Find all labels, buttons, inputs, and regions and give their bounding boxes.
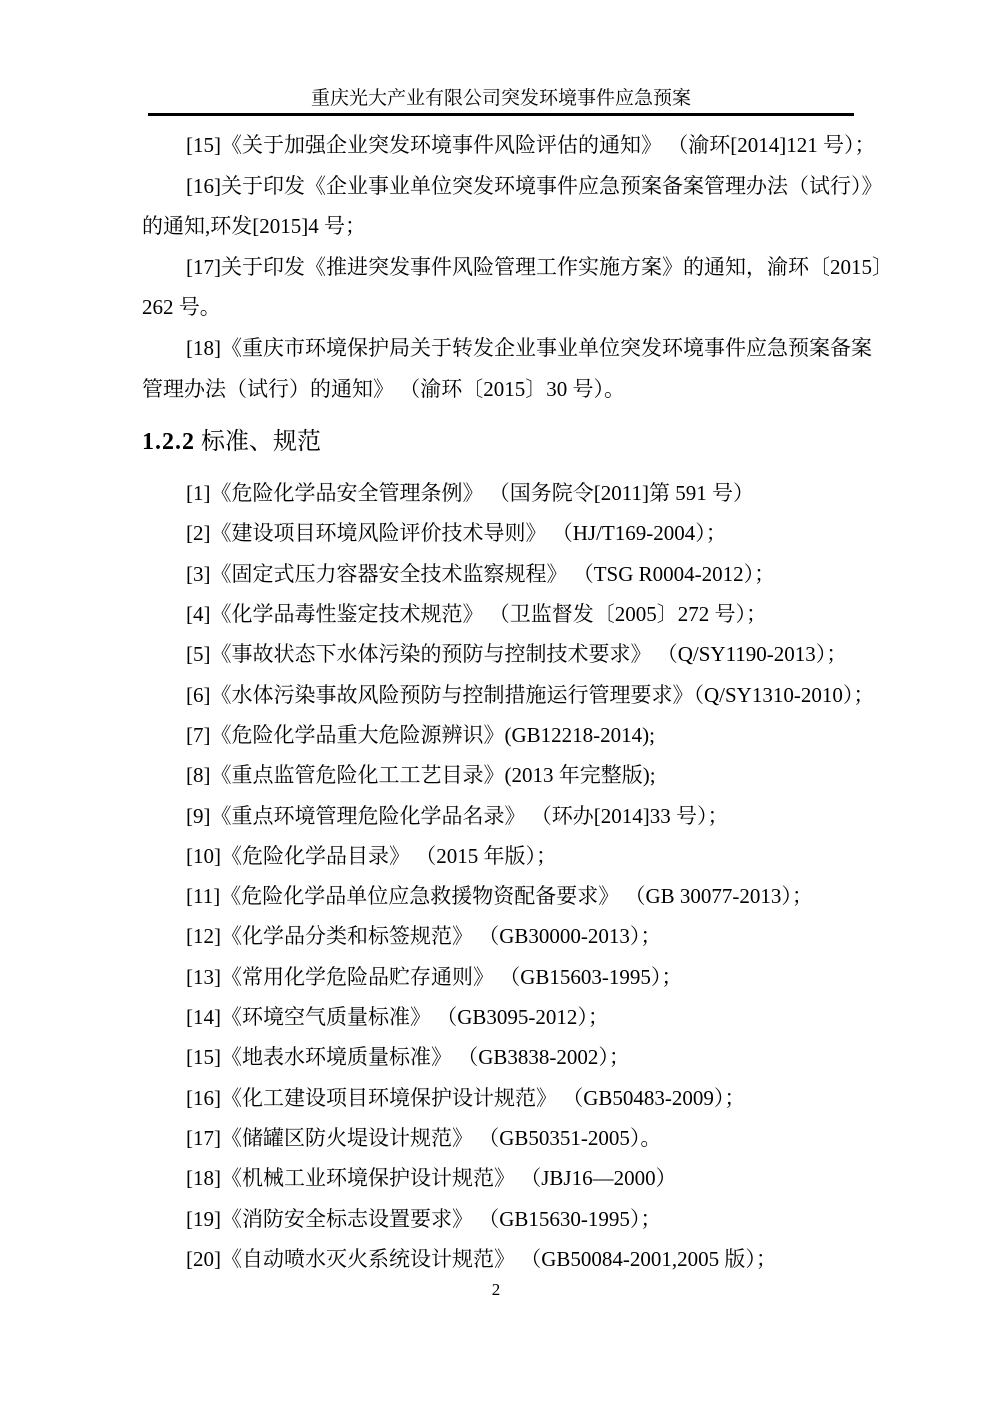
section-title: 标准、规范 bbox=[201, 429, 321, 455]
section-heading: 1.2.2 标准、规范 bbox=[142, 419, 854, 465]
reference-item: [4]《化学品毒性鉴定技术规范》 （卫监督发〔2005〕272 号）； bbox=[142, 594, 854, 634]
reference-item: [9]《重点环境管理危险化学品名录》 （环办[2014]33 号）； bbox=[142, 796, 854, 836]
page-number: 2 bbox=[0, 1280, 992, 1300]
reference-item: [6]《水体污染事故风险预防与控制措施运行管理要求》（Q/SY1310-2010… bbox=[142, 675, 854, 715]
paragraph-line: [16]关于印发《企业事业单位突发环境事件应急预案备案管理办法（试行）》 bbox=[142, 166, 854, 207]
reference-item: [16]《化工建设项目环境保护设计规范》 （GB50483-2009）； bbox=[142, 1078, 854, 1118]
reference-item: [12]《化学品分类和标签规范》 （GB30000-2013）； bbox=[142, 916, 854, 956]
reference-item: [13]《常用化学危险品贮存通则》 （GB15603-1995）； bbox=[142, 957, 854, 997]
reference-item: [7]《危险化学品重大危险源辨识》(GB12218-2014); bbox=[142, 715, 854, 755]
paragraph-line: 262 号。 bbox=[142, 287, 854, 328]
paragraph-line: [17]关于印发《推进突发事件风险管理工作实施方案》的通知，渝环〔2015〕 bbox=[142, 247, 854, 288]
document-page: 重庆光大产业有限公司突发环境事件应急预案 [15]《关于加强企业突发环境事件风险… bbox=[0, 0, 992, 1403]
reference-item: [14]《环境空气质量标准》 （GB3095-2012）； bbox=[142, 997, 854, 1037]
document-content: [15]《关于加强企业突发环境事件风险评估的通知》 （渝环[2014]121 号… bbox=[142, 125, 854, 1279]
reference-item: [17]《储罐区防火堤设计规范》 （GB50351-2005）。 bbox=[142, 1118, 854, 1158]
reference-item: [8]《重点监管危险化工工艺目录》(2013 年完整版); bbox=[142, 755, 854, 795]
paragraph-line: 的通知,环发[2015]4 号； bbox=[142, 206, 854, 247]
paragraph-line: [18]《重庆市环境保护局关于转发企业事业单位突发环境事件应急预案备案 bbox=[142, 328, 854, 369]
paragraph-line: [15]《关于加强企业突发环境事件风险评估的通知》 （渝环[2014]121 号… bbox=[142, 125, 854, 166]
reference-item: [2]《建设项目环境风险评价技术导则》 （HJ/T169-2004）； bbox=[142, 513, 854, 553]
reference-item: [5]《事故状态下水体污染的预防与控制技术要求》 （Q/SY1190-2013）… bbox=[142, 634, 854, 674]
reference-item: [1]《危险化学品安全管理条例》 （国务院令[2011]第 591 号） bbox=[142, 473, 854, 513]
reference-item: [18]《机械工业环境保护设计规范》 （JBJ16—2000） bbox=[142, 1158, 854, 1198]
intro-paragraphs: [15]《关于加强企业突发环境事件风险评估的通知》 （渝环[2014]121 号… bbox=[142, 125, 854, 409]
section-number: 1.2.2 bbox=[142, 429, 195, 455]
paragraph-line: 管理办法（试行）的通知》 （渝环〔2015〕30 号）。 bbox=[142, 369, 854, 410]
reference-item: [11]《危险化学品单位应急救援物资配备要求》 （GB 30077-2013）； bbox=[142, 876, 854, 916]
reference-list: [1]《危险化学品安全管理条例》 （国务院令[2011]第 591 号）[2]《… bbox=[142, 473, 854, 1279]
header-rule bbox=[148, 113, 854, 116]
reference-item: [20]《自动喷水灭火系统设计规范》 （GB50084-2001,2005 版）… bbox=[142, 1239, 854, 1279]
reference-item: [19]《消防安全标志设置要求》 （GB15630-1995）； bbox=[142, 1199, 854, 1239]
reference-item: [3]《固定式压力容器安全技术监察规程》 （TSG R0004-2012）； bbox=[142, 554, 854, 594]
page-header-title: 重庆光大产业有限公司突发环境事件应急预案 bbox=[148, 88, 854, 110]
reference-item: [10]《危险化学品目录》 （2015 年版）； bbox=[142, 836, 854, 876]
reference-item: [15]《地表水环境质量标准》 （GB3838-2002）； bbox=[142, 1037, 854, 1077]
